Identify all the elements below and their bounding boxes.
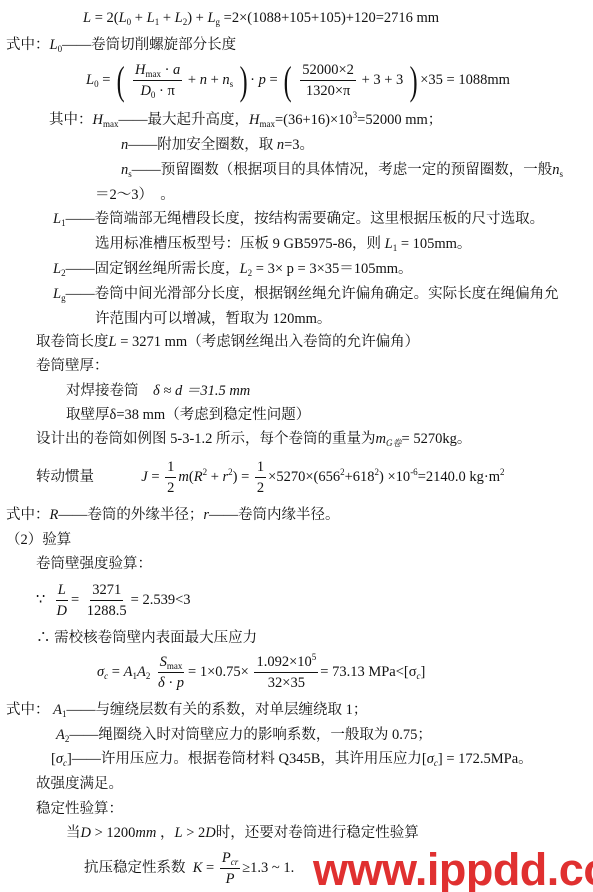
eq-ratio: ∵ LD= 32711288.5= 2.539<3 [36,578,191,622]
frac-numeric: 52000×21320×π [300,60,356,101]
l1-definition: L1——卷筒端部无绳槽段长度，按结构需要确定。这里根据压板的尺寸选取。 [53,209,544,229]
n-definition: n——附加安全圈数，取 n=3。 [121,135,314,155]
hmax-definition: 其中：Hmax——最大起升高度，Hmax=(36+16)×103=52000 m… [49,110,442,130]
eq-l0: L0 = ( Hmax · aD0 · π + n + ns )· p = ( … [86,58,510,102]
strength-ok: 故强度满足。 [36,774,123,794]
l2-definition: L2——固定钢丝绳所需长度，L2 = 3× p = 3×35＝105mm。 [53,259,413,279]
ns-range: ＝2～3） 。 [95,185,175,205]
wall-thickness-title: 卷筒壁厚： [36,356,109,376]
radius-note: 式中：R——卷筒的外缘半径；r——卷筒内缘半径。 [6,505,340,525]
butt-weld-line: 对焊接卷筒 δ ≈ d ＝31.5 mm [66,381,250,401]
stability-title: 稳定性验算： [36,799,123,819]
watermark: www.ippdd.com [313,846,593,892]
a1-definition: 式中： A1——与缠绕层数有关的系数，对单层缠绕取 1； [6,700,367,720]
check-heading: （2）验算 [6,530,71,550]
eq-total-length: L = 2(L0 + L1 + L2) + Lg =2×(1088+105+10… [83,8,439,28]
eq-inertia: 转动惯量 J = 12m(R2 + r2) = 12×5270×(6562+61… [36,455,504,499]
ns-definition: ns——预留圈数（根据项目的具体情况，考虑一定的预留圈数，一般ns [121,160,563,180]
therefore-line: ∴ 需校核卷筒壁内表面最大压应力 [36,628,257,648]
strength-title: 卷筒壁强度验算： [36,554,152,574]
stability-condition: 当D > 1200mm ，L > 2D时，还要对卷筒进行稳定性验算 [66,823,419,843]
l1-selection: 选用标准槽压板型号：压板 9 GB5975-86，则 L1 = 105mm。 [95,234,471,254]
a2-definition: A2——绳圈绕入时对筒壁应力的影响系数，一般取为 0.75； [56,725,432,745]
design-mass-line: 设计出的卷筒如例图 5-3-1.2 所示，每个卷筒的重量为mG卷= 5270kg… [36,429,471,449]
frac-hmax: Hmax · aD0 · π [133,60,182,101]
drum-length: 取卷筒长度L = 3271 mm（考虑钢丝绳出入卷筒的允许偏角） [36,332,419,352]
wall-take-line: 取壁厚δ=38 mm（考虑到稳定性问题） [66,405,310,425]
lg-definition: Lg——卷筒中间光滑部分长度，根据钢丝绳允许偏角确定。实际长度在绳偏角允 [53,284,559,304]
sigma-definition: [σc]——许用压应力。根据卷筒材料 Q345B，其许用压应力[σc] = 17… [51,749,533,769]
eq-stability: 抗压稳定性系数 K = PcrP≥1.3 ~ 1. [84,846,294,890]
lg-definition-cont: 许范围内可以增减，暂取为 120mm。 [95,309,331,329]
l0-definition: 式中：L0——卷筒切削螺旋部分长度 [6,35,236,55]
eq-stress: σc = A1A2 Smaxδ · p= 1×0.75× 1.092×10532… [97,650,425,694]
eq-total-length-rhs: =2×(1088+105+105)+120=2716 mm [224,10,439,26]
